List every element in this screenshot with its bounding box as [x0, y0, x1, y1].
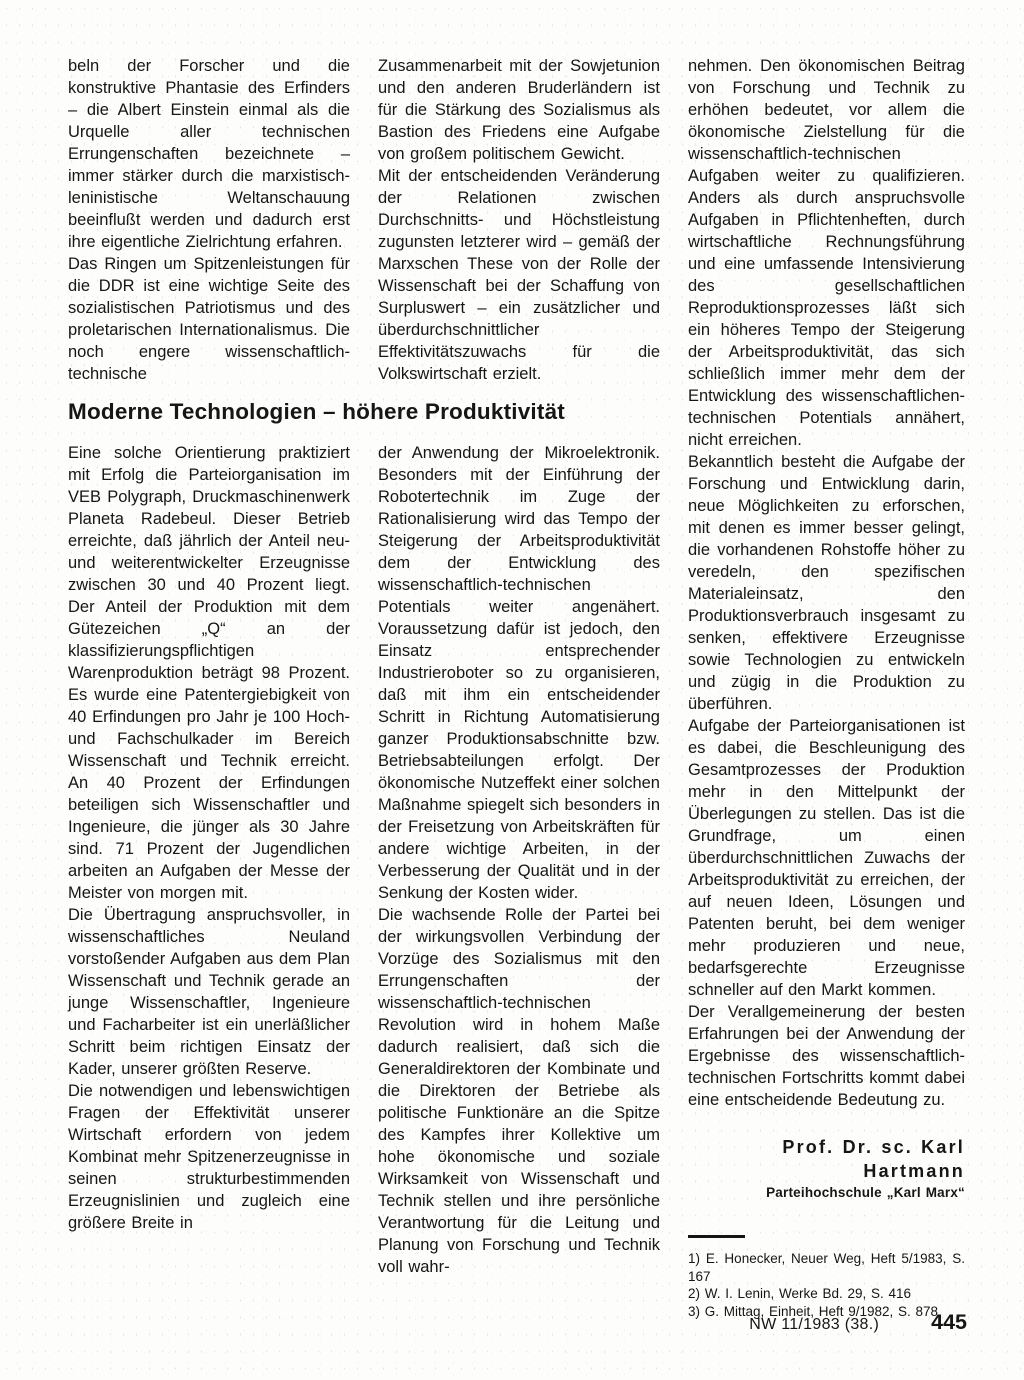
- section-heading: Moderne Technologien – höhere Produktivi…: [68, 398, 660, 426]
- paragraph: Der Verallgemeinerung der besten Erfahru…: [688, 1001, 965, 1111]
- paragraph: nehmen. Den ökonomischen Beitrag von For…: [688, 55, 965, 451]
- paragraph: Die notwendigen und lebenswichtigen Frag…: [68, 1080, 350, 1234]
- page-content: beln der Forscher und die konstruktive P…: [68, 55, 970, 1320]
- paragraph: Zusammenarbeit mit der Sowjetunion und d…: [378, 55, 660, 165]
- left-two-column-region: beln der Forscher und die konstruktive P…: [68, 55, 660, 1320]
- paragraph: Bekanntlich besteht die Aufgabe der Fors…: [688, 451, 965, 715]
- author-affiliation: Parteihochschule „Karl Marx“: [688, 1183, 965, 1203]
- scanned-journal-page: { "article": { "heading": "Moderne Techn…: [0, 0, 1024, 1380]
- paragraph: Die wachsende Rolle der Partei bei der w…: [378, 904, 660, 1278]
- paragraph: der Anwendung der Mikroelektronik. Beson…: [378, 442, 660, 904]
- author-block: Prof. Dr. sc. Karl Hartmann Parteihochsc…: [688, 1135, 965, 1203]
- author-name: Prof. Dr. sc. Karl Hartmann: [688, 1135, 965, 1183]
- paragraph: Aufgabe der Parteiorganisationen ist es …: [688, 715, 965, 1001]
- paragraph: Die Übertragung anspruchsvoller, in wiss…: [68, 904, 350, 1080]
- column-1-bottom: Eine solche Orientierung praktiziert mit…: [68, 442, 350, 1278]
- footnote-rule: [688, 1235, 745, 1238]
- paragraph: Mit der entscheidenden Veränderung der R…: [378, 165, 660, 385]
- footnote: 1) E. Honecker, Neuer Weg, Heft 5/1983, …: [688, 1250, 965, 1285]
- paragraph: Das Ringen um Spitzenleistungen für die …: [68, 253, 350, 385]
- paragraph: beln der Forscher und die konstruktive P…: [68, 55, 350, 253]
- top-text-block: beln der Forscher und die konstruktive P…: [68, 55, 660, 385]
- page-number: 445: [931, 1310, 967, 1335]
- footnote: 2) W. I. Lenin, Werke Bd. 29, S. 416: [688, 1285, 965, 1303]
- column-2-bottom: der Anwendung der Mikroelektronik. Beson…: [378, 442, 660, 1278]
- journal-reference: NW 11/1983 (38.): [749, 1316, 879, 1334]
- column-3-text: nehmen. Den ökonomischen Beitrag von For…: [688, 55, 965, 1111]
- column-2-top: Zusammenarbeit mit der Sowjetunion und d…: [378, 55, 660, 385]
- column-3: nehmen. Den ökonomischen Beitrag von For…: [688, 55, 965, 1320]
- paragraph: Eine solche Orientierung praktiziert mit…: [68, 442, 350, 904]
- bottom-text-block: Eine solche Orientierung praktiziert mit…: [68, 442, 660, 1278]
- page-footer: NW 11/1983 (38.) 445: [749, 1310, 967, 1335]
- column-1-top: beln der Forscher und die konstruktive P…: [68, 55, 350, 385]
